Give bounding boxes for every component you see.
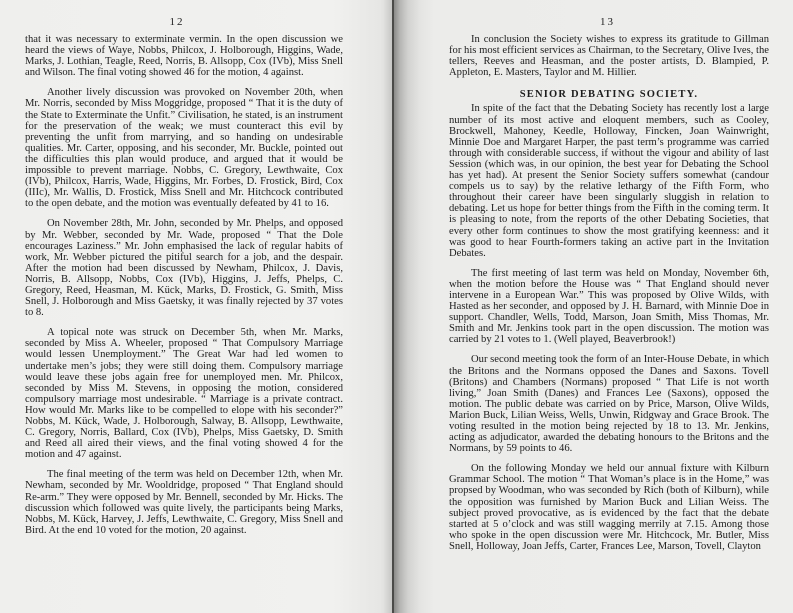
page-number: 13 (394, 16, 793, 28)
paragraph-conclusion: In conclusion the Society wishes to expr… (449, 34, 769, 78)
book-spread: 12 that it was necessary to exterminate … (0, 0, 793, 613)
paragraph-continuation: that it was necessary to exterminate ver… (25, 34, 343, 78)
section-heading: SENIOR DEBATING SOCIETY. (449, 89, 769, 100)
page-body: In conclusion the Society wishes to expr… (449, 34, 769, 561)
paragraph-marriage-debate: A topical note was struck on December 5t… (25, 327, 343, 460)
paragraph-first-meeting: The first meeting of last term was held … (449, 268, 769, 346)
paragraph-unfit-debate: Another lively discussion was provoked o… (25, 87, 343, 209)
paragraph-kilburn-fixture: On the following Monday we held our annu… (449, 463, 769, 552)
paragraph-intro: In spite of the fact that the Debating S… (449, 103, 769, 258)
paragraph-second-meeting: Our second meeting took the form of an I… (449, 354, 769, 454)
paragraph-rearm-debate: The final meeting of the term was held o… (25, 469, 343, 536)
page-body: that it was necessary to exterminate ver… (25, 34, 343, 545)
page-number: 12 (0, 16, 392, 28)
left-page: 12 that it was necessary to exterminate … (0, 0, 392, 613)
gutter-shadow (383, 0, 392, 613)
right-page: 13 In conclusion the Society wishes to e… (392, 0, 793, 613)
paragraph-dole-debate: On November 28th, Mr. John, seconded by … (25, 218, 343, 318)
